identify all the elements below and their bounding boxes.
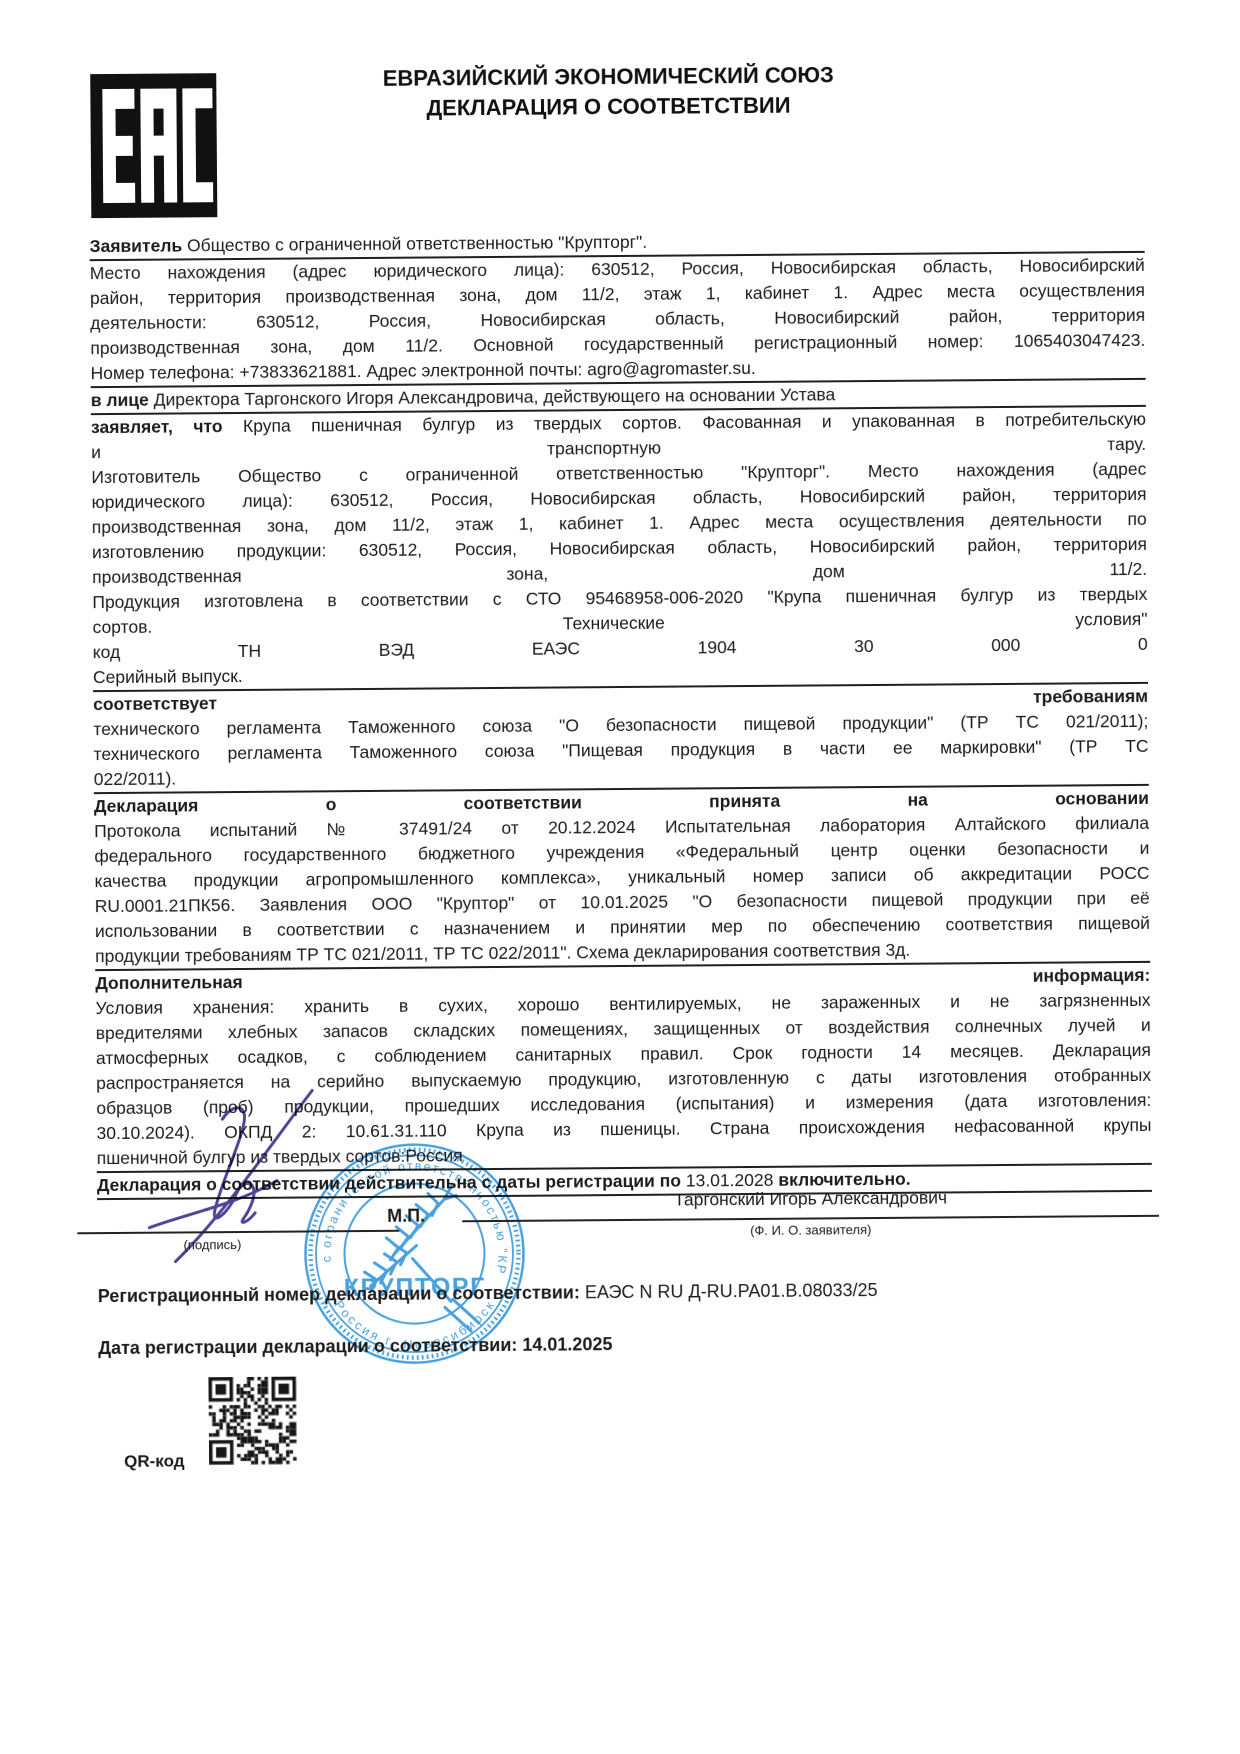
document-title: ЕВРАЗИЙСКИЙ ЭКОНОМИЧЕСКИЙ СОЮЗ ДЕКЛАРАЦИ…	[0, 57, 1219, 127]
registration-date-label: Дата регистрации декларации о соответств…	[98, 1335, 517, 1358]
stamp-place-label: М.П.	[387, 1206, 425, 1227]
qr-code-caption: QR-код	[124, 1451, 185, 1471]
declaration-document: ЕВРАЗИЙСКИЙ ЭКОНОМИЧЕСКИЙ СОЮЗ ДЕКЛАРАЦИ…	[0, 0, 1240, 1754]
signature-caption: (подпись)	[137, 1237, 287, 1253]
registration-date-row: Дата регистрации декларации о соответств…	[98, 1334, 612, 1359]
product-declaration-section: заявляет, что Крупа пшеничная булгур из …	[91, 407, 1148, 692]
applicant-details-section: Место нахождения (адрес юридического лиц…	[90, 253, 1146, 388]
registration-number-label: Регистрационный номер декларации о соотв…	[98, 1282, 580, 1306]
registration-date-value: 14.01.2025	[517, 1334, 612, 1355]
basis-section: Декларация о соответствии принята на осн…	[94, 786, 1150, 971]
applicant-name-block: Таргонский Игорь Александрович (Ф. И. О.…	[462, 1186, 1159, 1240]
conformity-requirements-section: соответствует требованиямтехнического ре…	[93, 684, 1149, 794]
document-body: Заявитель Общество с ограниченной ответс…	[89, 226, 1152, 1200]
signature-area: Общество с ограниченной ответственностью…	[97, 1192, 1155, 1530]
registration-number-value: ЕАЭС N RU Д-RU.РА01.В.08033/25	[580, 1280, 878, 1302]
qr-code	[208, 1377, 297, 1466]
registration-number-row: Регистрационный номер декларации о соотв…	[98, 1280, 878, 1307]
